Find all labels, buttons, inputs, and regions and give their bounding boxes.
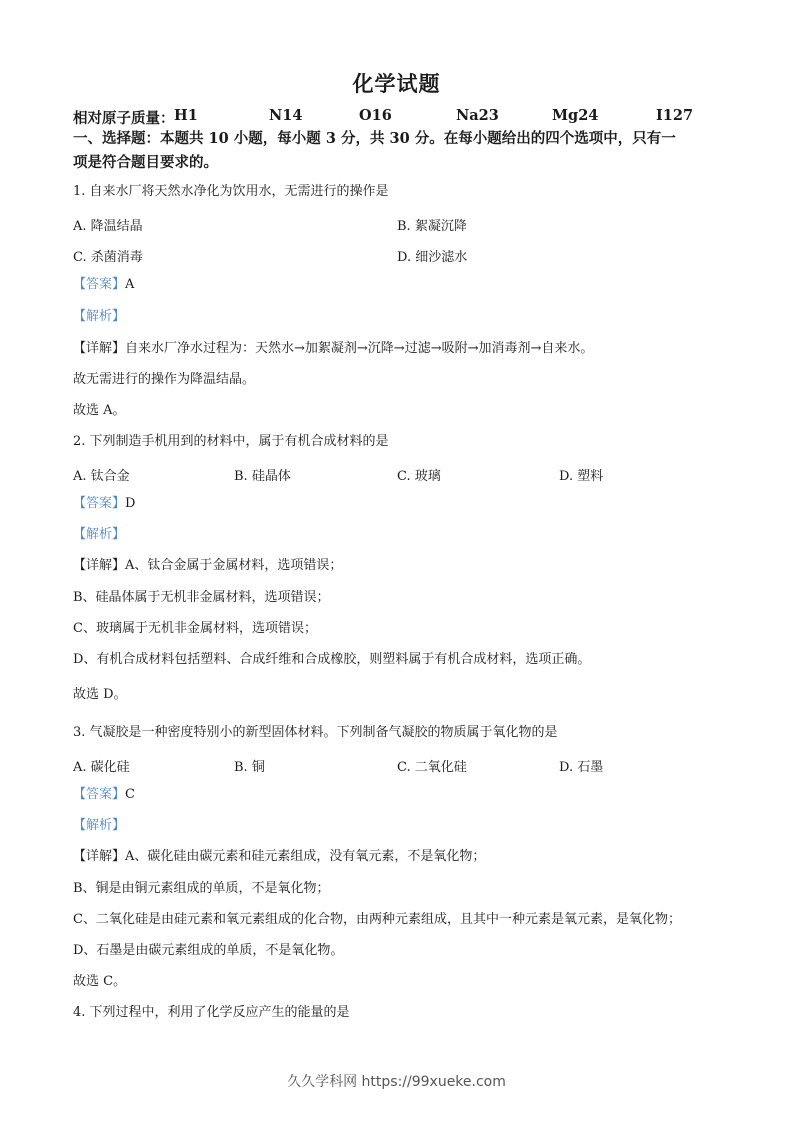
q2-detail-3: C、玻璃属于无机非金属材料，选项错误； [73, 621, 317, 637]
answer-value: A [125, 277, 134, 292]
q3-option-a: A. 碳化硅 [73, 756, 130, 775]
q2-option-c: C. 玻璃 [397, 465, 441, 484]
mass-o: O16 [359, 107, 392, 124]
section-heading-line2: 项是符合题目要求的。 [73, 155, 218, 171]
q2-option-a: A. 钛合金 [73, 465, 130, 484]
q1-conclusion: 故选 A。 [73, 403, 126, 419]
mass-h: H1 [174, 107, 198, 124]
mass-n: N14 [269, 107, 302, 124]
atomic-masses-label: 相对原子质量： [73, 107, 175, 128]
q3-analysis-tag: 【解析】 [73, 818, 125, 834]
q2-detail-2: B、硅晶体属于无机非金属材料，选项错误； [73, 590, 330, 606]
q1-option-b: B. 絮凝沉降 [397, 215, 467, 234]
document-page: 化学试题 相对原子质量： H1 N14 O16 Na23 Mg24 I127 一… [0, 0, 793, 1122]
q1-analysis-tag: 【解析】 [73, 309, 125, 325]
q2-analysis-tag: 【解析】 [73, 527, 125, 543]
mass-mg: Mg24 [552, 107, 598, 124]
question-1-stem: 1. 自来水厂将天然水净化为饮用水，无需进行的操作是 [73, 184, 389, 200]
question-2-stem: 2. 下列制造手机用到的材料中，属于有机合成材料的是 [73, 434, 389, 450]
q3-option-c: C. 二氧化硅 [397, 756, 467, 775]
q1-option-a: A. 降温结晶 [73, 215, 143, 234]
question-4-stem: 4. 下列过程中，利用了化学反应产生的能量的是 [73, 1005, 350, 1021]
q2-option-b: B. 硅晶体 [234, 465, 291, 484]
q3-detail-2: B、铜是由铜元素组成的单质，不是氧化物； [73, 881, 330, 897]
mass-na: Na23 [456, 107, 499, 124]
page-title: 化学试题 [0, 68, 793, 98]
q3-option-b: B. 铜 [234, 756, 265, 775]
detail-tag: 【详解】 [73, 341, 125, 356]
q3-detail-4: D、石墨是由碳元素组成的单质，不是氧化物。 [73, 943, 343, 959]
q2-conclusion: 故选 D。 [73, 687, 127, 703]
q1-option-c: C. 杀菌消毒 [73, 246, 143, 265]
q1-detail-2: 故无需进行的操作为降温结晶。 [73, 372, 255, 388]
q3-conclusion: 故选 C。 [73, 974, 126, 990]
answer-tag: 【答案】 [73, 277, 125, 292]
q1-answer: 【答案】A [73, 277, 134, 293]
footer-watermark: 久久学科网 https://99xueke.com [0, 1071, 793, 1091]
q2-detail-4: D、有机合成材料包括塑料、合成纤维和合成橡胶，则塑料属于有机合成材料，选项正确。 [73, 652, 590, 668]
q3-answer: 【答案】C [73, 787, 135, 803]
mass-i: I127 [656, 107, 693, 124]
q3-detail-1: 【详解】A、碳化硅由碳元素和硅元素组成，没有氧元素，不是氧化物； [73, 849, 485, 865]
q3-option-d: D. 石墨 [559, 756, 603, 775]
q2-detail-1: 【详解】A、钛合金属于金属材料，选项错误； [73, 558, 342, 574]
q1-detail-1: 【详解】自来水厂净水过程为：天然水→加絮凝剂→沉降→过滤→吸附→加消毒剂→自来水… [73, 341, 593, 357]
q1-option-d: D. 细沙滤水 [397, 246, 467, 265]
section-heading-line1: 一、选择题：本题共 10 小题，每小题 3 分，共 30 分。在每小题给出的四个… [73, 131, 676, 147]
q2-answer: 【答案】D [73, 496, 135, 512]
q2-option-d: D. 塑料 [559, 465, 603, 484]
question-3-stem: 3. 气凝胶是一种密度特别小的新型固体材料。下列制备气凝胶的物质属于氧化物的是 [73, 725, 558, 741]
q3-detail-3: C、二氧化硅是由硅元素和氧元素组成的化合物，由两种元素组成，且其中一种元素是氧元… [73, 912, 681, 928]
